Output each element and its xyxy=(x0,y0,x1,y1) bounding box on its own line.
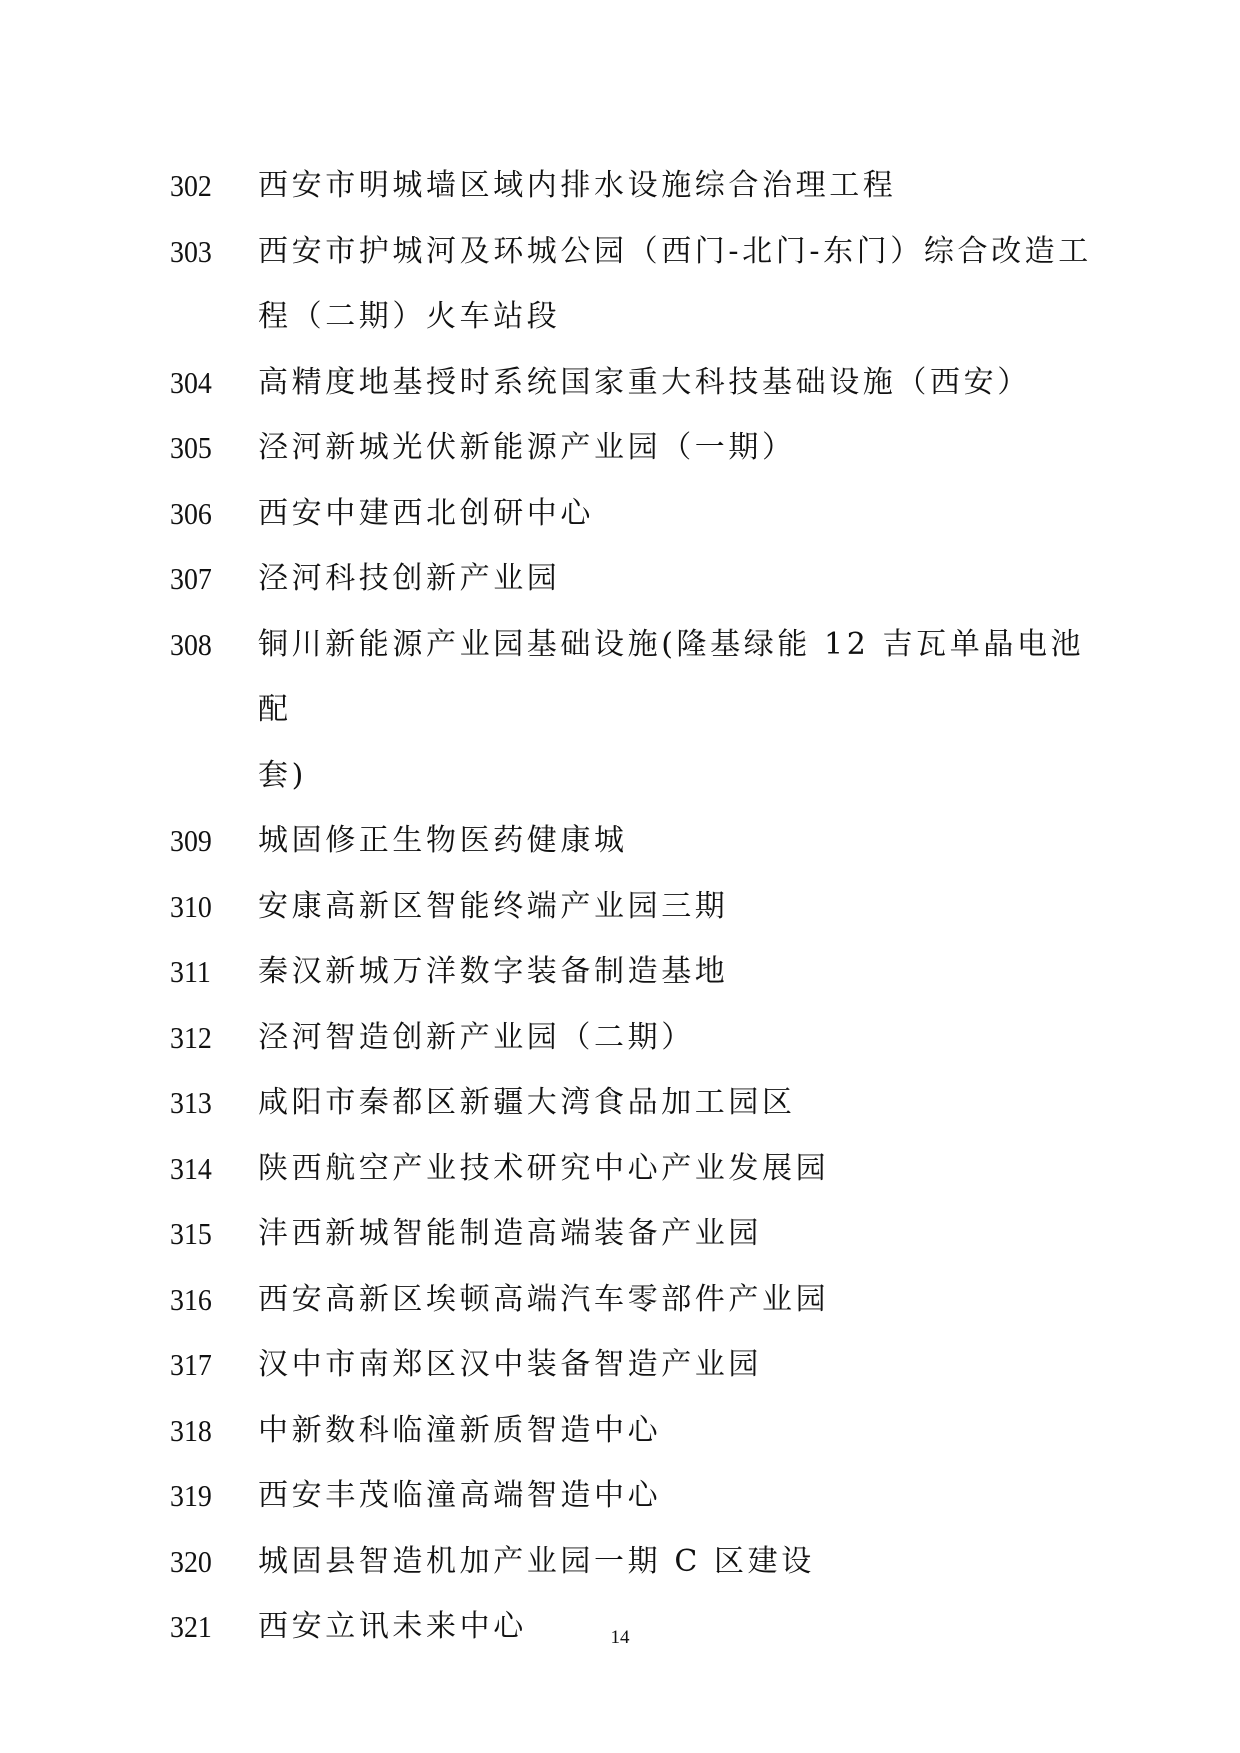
item-number: 314 xyxy=(170,1136,249,1202)
item-title: 铜川新能源产业园基础设施(隆基绿能 12 吉瓦单晶电池配套) xyxy=(258,612,1100,809)
list-item: 318 中新数科临潼新质智造中心 xyxy=(170,1398,1100,1464)
item-number: 309 xyxy=(170,808,249,874)
item-title: 城固县智造机加产业园一期 C 区建设 xyxy=(258,1529,1100,1595)
document-page: 302 西安市明城墙区域内排水设施综合治理工程 303 西安市护城河及环城公园（… xyxy=(0,0,1240,1753)
list-item: 316 西安高新区埃顿高端汽车零部件产业园 xyxy=(170,1267,1100,1333)
item-title: 西安市护城河及环城公园（西门-北门-东门）综合改造工程（二期）火车站段 xyxy=(258,219,1100,350)
list-item: 307 泾河科技创新产业园 xyxy=(170,546,1100,612)
list-item: 312 泾河智造创新产业园（二期） xyxy=(170,1005,1100,1071)
item-title: 高精度地基授时系统国家重大科技基础设施（西安） xyxy=(258,350,1100,416)
item-title: 泾河智造创新产业园（二期） xyxy=(258,1005,1100,1071)
item-title: 西安中建西北创研中心 xyxy=(258,481,1100,547)
item-number: 318 xyxy=(170,1398,249,1464)
item-number: 302 xyxy=(170,153,249,219)
item-number: 308 xyxy=(170,612,249,678)
list-item: 305 泾河新城光伏新能源产业园（一期） xyxy=(170,415,1100,481)
item-number: 312 xyxy=(170,1005,249,1071)
list-item: 310 安康高新区智能终端产业园三期 xyxy=(170,874,1100,940)
list-item: 319 西安丰茂临潼高端智造中心 xyxy=(170,1463,1100,1529)
list-item: 303 西安市护城河及环城公园（西门-北门-东门）综合改造工程（二期）火车站段 xyxy=(170,219,1100,350)
item-number: 316 xyxy=(170,1267,249,1333)
item-title: 秦汉新城万洋数字装备制造基地 xyxy=(258,939,1100,1005)
list-item: 308 铜川新能源产业园基础设施(隆基绿能 12 吉瓦单晶电池配套) xyxy=(170,612,1100,809)
list-item: 314 陕西航空产业技术研究中心产业发展园 xyxy=(170,1136,1100,1202)
item-title: 安康高新区智能终端产业园三期 xyxy=(258,874,1100,940)
item-title: 泾河新城光伏新能源产业园（一期） xyxy=(258,415,1100,481)
item-title: 陕西航空产业技术研究中心产业发展园 xyxy=(258,1136,1100,1202)
item-title: 汉中市南郑区汉中装备智造产业园 xyxy=(258,1332,1100,1398)
item-number: 304 xyxy=(170,350,249,416)
item-number: 310 xyxy=(170,874,249,940)
item-title: 西安丰茂临潼高端智造中心 xyxy=(258,1463,1100,1529)
project-list: 302 西安市明城墙区域内排水设施综合治理工程 303 西安市护城河及环城公园（… xyxy=(170,153,1100,1660)
list-item: 320 城固县智造机加产业园一期 C 区建设 xyxy=(170,1529,1100,1595)
list-item: 309 城固修正生物医药健康城 xyxy=(170,808,1100,874)
item-title: 沣西新城智能制造高端装备产业园 xyxy=(258,1201,1100,1267)
item-number: 305 xyxy=(170,415,249,481)
list-item: 317 汉中市南郑区汉中装备智造产业园 xyxy=(170,1332,1100,1398)
item-title: 泾河科技创新产业园 xyxy=(258,546,1100,612)
item-title: 西安高新区埃顿高端汽车零部件产业园 xyxy=(258,1267,1100,1333)
page-number: 14 xyxy=(0,1627,1240,1649)
list-item: 311 秦汉新城万洋数字装备制造基地 xyxy=(170,939,1100,1005)
item-title: 城固修正生物医药健康城 xyxy=(258,808,1100,874)
item-number: 311 xyxy=(170,939,249,1005)
list-item: 306 西安中建西北创研中心 xyxy=(170,481,1100,547)
list-item: 315 沣西新城智能制造高端装备产业园 xyxy=(170,1201,1100,1267)
item-number: 303 xyxy=(170,219,249,285)
item-number: 319 xyxy=(170,1463,249,1529)
item-number: 315 xyxy=(170,1201,249,1267)
item-title: 中新数科临潼新质智造中心 xyxy=(258,1398,1100,1464)
list-item: 302 西安市明城墙区域内排水设施综合治理工程 xyxy=(170,153,1100,219)
item-number: 306 xyxy=(170,481,249,547)
list-item: 304 高精度地基授时系统国家重大科技基础设施（西安） xyxy=(170,350,1100,416)
list-item: 313 咸阳市秦都区新疆大湾食品加工园区 xyxy=(170,1070,1100,1136)
item-number: 320 xyxy=(170,1529,249,1595)
item-number: 313 xyxy=(170,1070,249,1136)
item-number: 317 xyxy=(170,1332,249,1398)
item-title: 咸阳市秦都区新疆大湾食品加工园区 xyxy=(258,1070,1100,1136)
item-title: 西安市明城墙区域内排水设施综合治理工程 xyxy=(258,153,1100,219)
item-number: 307 xyxy=(170,546,249,612)
